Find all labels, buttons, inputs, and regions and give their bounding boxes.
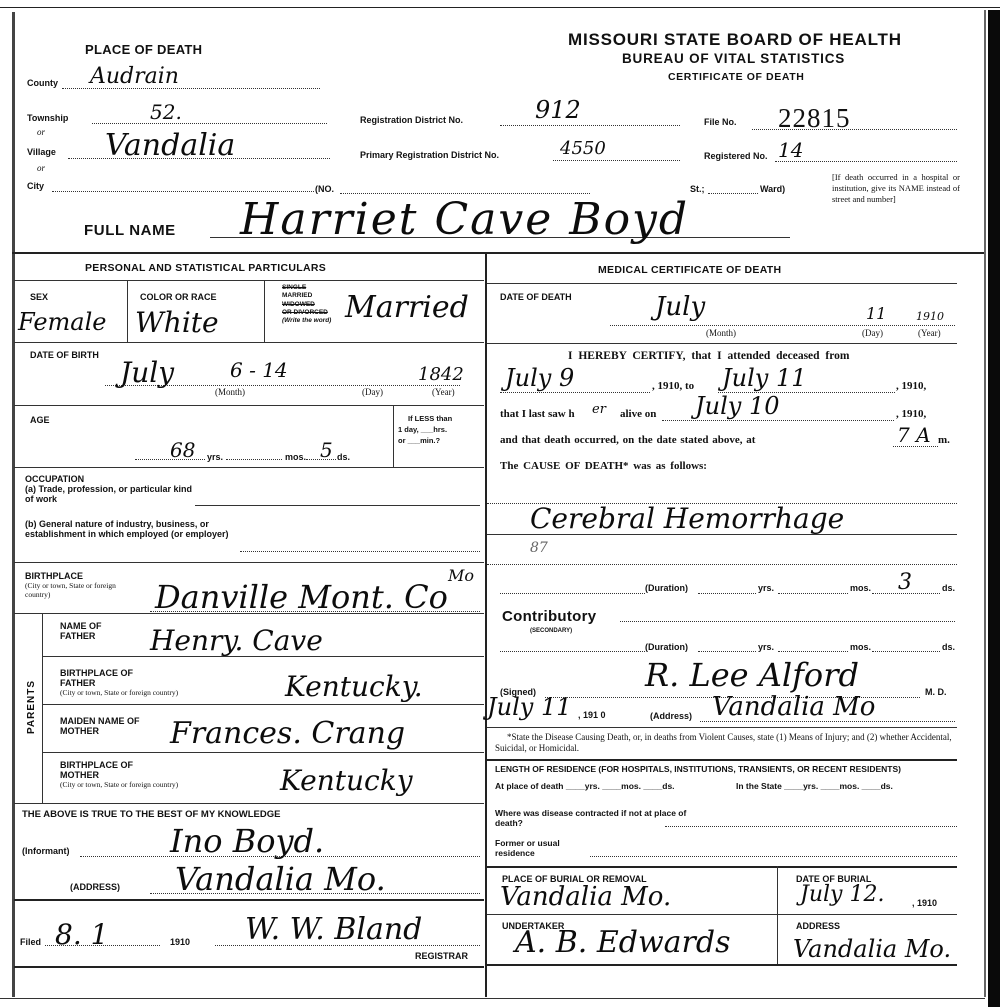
registrar-label: REGISTRAR xyxy=(415,951,468,961)
duration2-yrs-line xyxy=(698,651,756,652)
mother-rule xyxy=(42,752,484,753)
residence-rule-top xyxy=(487,759,957,761)
parents-side-divider xyxy=(42,613,43,803)
bureau-title: BUREAU OF VITAL STATISTICS xyxy=(622,51,845,66)
dod-month[interactable]: July xyxy=(655,292,705,322)
burial-date-value[interactable]: July 12. xyxy=(800,882,884,907)
marital-divorced: OR DIVORCED xyxy=(282,309,331,317)
undertaker-address-label: ADDRESS xyxy=(796,921,840,931)
parents-rule-top xyxy=(14,613,484,614)
right-edge-bar xyxy=(988,10,1000,1007)
last-saw-line xyxy=(662,420,894,421)
primary-registration-value[interactable]: 4550 xyxy=(560,138,606,159)
marital-married: MARRIED xyxy=(282,292,331,300)
less-than-line-2: 1 day, ___hrs. xyxy=(398,424,452,435)
section-top-rule xyxy=(12,252,984,254)
duration2-ds-line xyxy=(872,651,940,652)
dod-day[interactable]: 11 xyxy=(866,304,886,323)
informant-address-value[interactable]: Vandalia Mo. xyxy=(175,860,386,898)
undertaker-address-value[interactable]: Vandalia Mo. xyxy=(793,935,951,963)
dob-day-caption: (Day) xyxy=(362,387,383,397)
address-value[interactable]: Vandalia Mo xyxy=(712,692,875,722)
st-label: St.; xyxy=(690,184,705,194)
township-label: Township xyxy=(27,113,68,123)
age-label: AGE xyxy=(30,415,50,425)
residence-title: LENGTH OF RESIDENCE (FOR HOSPITALS, INST… xyxy=(495,764,957,774)
marital-widowed: WIDOWED xyxy=(282,301,331,309)
filed-label: Filed xyxy=(20,937,41,947)
occupation-b-label: (b) General nature of industry, business… xyxy=(25,519,237,539)
occupation-a-label: (a) Trade, profession, or particular kin… xyxy=(25,484,195,504)
duration-line xyxy=(500,593,645,594)
contributory-line xyxy=(620,621,955,622)
board-title: MISSOURI STATE BOARD OF HEALTH xyxy=(568,30,902,50)
where-contracted-line xyxy=(665,826,957,827)
mother-birthplace-label: BIRTHPLACE OF MOTHER xyxy=(60,760,140,780)
cause-line-3 xyxy=(487,564,957,565)
street-no-label: (NO. xyxy=(315,184,334,194)
age-months-line xyxy=(226,459,282,460)
md-label: M. D. xyxy=(925,687,947,697)
last-saw-pronoun[interactable]: er xyxy=(592,402,606,417)
personal-section-title: PERSONAL AND STATISTICAL PARTICULARS xyxy=(85,262,326,274)
burial-divider xyxy=(777,866,778,964)
less-than-divider xyxy=(393,405,394,467)
cause-line-2 xyxy=(487,534,957,535)
birthplace-extra[interactable]: Mo xyxy=(448,566,474,585)
parents-side-label: PARENTS xyxy=(27,677,37,737)
last-saw-mid: alive on xyxy=(620,408,656,420)
less-than-line-3: or ___min.? xyxy=(398,435,452,446)
certificate-title: CERTIFICATE OF DEATH xyxy=(668,71,804,83)
marital-options: SINGLE MARRIED WIDOWED OR DIVORCED (Writ… xyxy=(282,284,331,325)
duration-label: (Duration) xyxy=(645,583,688,593)
registered-no-label: Registered No. xyxy=(704,151,768,161)
informant-address-label: (ADDRESS) xyxy=(70,882,120,892)
village-value[interactable]: Vandalia xyxy=(105,128,235,163)
filed-year: 1910 xyxy=(170,937,190,947)
secondary-label: (SECONDARY) xyxy=(530,626,572,636)
filed-date-value[interactable]: 8. 1 xyxy=(55,918,108,951)
footnote: *State the Disease Causing Death, or, in… xyxy=(495,732,957,754)
at-place-of-death: At place of death ____yrs. ____mos. ____… xyxy=(495,781,715,791)
full-name-label: FULL NAME xyxy=(84,222,176,239)
death-time-suffix: m. xyxy=(938,434,950,446)
registered-no-value[interactable]: 14 xyxy=(778,138,803,162)
certify-rule-top xyxy=(487,343,957,344)
signed-value[interactable]: R. Lee Alford xyxy=(645,656,859,694)
dob-rule-top xyxy=(14,342,484,343)
less-than-line-1: If LESS than xyxy=(398,413,452,424)
marital-hint: (Write the word) xyxy=(282,317,331,325)
duration-yrs-line xyxy=(698,593,756,594)
city-label: City xyxy=(27,181,44,191)
mother-name-label: MAIDEN NAME OF MOTHER xyxy=(60,716,155,736)
occupation-b-line xyxy=(240,551,480,552)
less-than-box: If LESS than 1 day, ___hrs. or ___min.? xyxy=(398,413,452,446)
former-residence-line xyxy=(590,856,957,857)
age-mos-label: mos. xyxy=(285,452,306,462)
duration-yrs-label: yrs. xyxy=(758,583,774,593)
duration2-mos-line xyxy=(778,651,848,652)
father-birthplace-hint: (City or town, State or foreign country) xyxy=(60,688,178,697)
death-time-value[interactable]: 7 A xyxy=(897,423,931,447)
former-residence: Former or usual residence xyxy=(495,838,595,858)
mother-name-value[interactable]: Frances. Crang xyxy=(170,716,405,751)
township-line xyxy=(92,123,327,124)
left-column-bottom-rule xyxy=(14,966,484,968)
mother-birthplace-hint: (City or town, State or foreign country) xyxy=(60,780,178,789)
duration-ds-label: ds. xyxy=(942,583,955,593)
dod-year-caption: (Year) xyxy=(918,328,941,338)
informant-rule-top xyxy=(14,803,484,804)
contributory-label: Contributory xyxy=(502,608,596,625)
mother-birthplace-value[interactable]: Kentucky xyxy=(280,764,413,797)
informant-label: (Informant) xyxy=(22,846,70,856)
father-rule xyxy=(42,656,484,657)
father-birthplace-value[interactable]: Kentucky. xyxy=(285,670,423,703)
attended-from-year: , 1910, to xyxy=(652,380,694,392)
last-saw-date[interactable]: July 10 xyxy=(695,392,779,420)
top-border xyxy=(0,7,1000,8)
file-no-label: File No. xyxy=(704,117,737,127)
duration2-mos-label: mos. xyxy=(850,642,871,652)
column-divider xyxy=(485,252,487,997)
burial-date-year: , 1910 xyxy=(912,898,937,908)
death-time-text: and that death occurred, on the date sta… xyxy=(500,434,755,446)
age-rule-top xyxy=(14,405,484,406)
cause-note: 87 xyxy=(530,540,548,556)
footnote-rule-top xyxy=(487,727,957,728)
primary-registration-line xyxy=(553,160,680,161)
marital-single: SINGLE xyxy=(282,284,331,292)
father-name-label: NAME OF FATHER xyxy=(60,621,130,641)
dod-label: DATE OF DEATH xyxy=(500,292,572,302)
township-value[interactable]: 52. xyxy=(150,100,182,124)
attended-from-line xyxy=(500,392,650,393)
last-saw-year: , 1910, xyxy=(896,408,926,420)
undertaker-value[interactable]: A. B. Edwards xyxy=(515,925,730,960)
occupation-title: OCCUPATION xyxy=(25,474,84,484)
ward-line xyxy=(708,193,758,194)
dob-day[interactable]: 6 - 14 xyxy=(230,358,288,382)
village-label: Village xyxy=(27,147,56,157)
age-days-value[interactable]: 5 xyxy=(320,438,333,462)
birthplace-value[interactable]: Danville Mont. Co xyxy=(155,578,448,616)
signed-date[interactable]: July 11 xyxy=(487,693,571,721)
race-divider xyxy=(264,280,265,342)
dod-month-caption: (Month) xyxy=(706,328,736,338)
age-years-value[interactable]: 68 xyxy=(170,438,195,462)
race-value[interactable]: White xyxy=(135,306,219,339)
dob-month-caption: (Month) xyxy=(215,387,245,397)
attended-to[interactable]: July 11 xyxy=(722,364,806,392)
registration-district-label: Registration District No. xyxy=(360,115,463,125)
last-saw-prefix: that I last saw h xyxy=(500,408,575,420)
birthplace-label: BIRTHPLACE xyxy=(25,571,83,581)
or-label-1: or xyxy=(37,127,45,137)
age-yrs-label: yrs. xyxy=(207,452,223,462)
registration-district-value[interactable]: 912 xyxy=(535,96,581,124)
medical-title-rule xyxy=(487,283,957,284)
duration-days-value[interactable]: 3 xyxy=(898,570,912,595)
address-label: (Address) xyxy=(650,711,692,721)
full-name-value[interactable]: Harriet Cave Boyd xyxy=(240,194,689,245)
dob-year-caption: (Year) xyxy=(432,387,455,397)
duration-mos-line xyxy=(778,593,848,594)
in-the-state: In the State ____yrs. ____mos. ____ds. xyxy=(736,781,958,791)
bottom-border xyxy=(0,998,985,999)
cause-value[interactable]: Cerebral Hemorrhage xyxy=(530,502,844,535)
age-ds-label: ds. xyxy=(337,452,350,462)
place-of-death-title: PLACE OF DEATH xyxy=(85,42,202,57)
duration2-label: (Duration) xyxy=(645,642,688,652)
primary-registration-label: Primary Registration District No. xyxy=(360,150,499,160)
filed-rule-top xyxy=(14,899,484,901)
dob-label: DATE OF BIRTH xyxy=(30,350,99,360)
or-label-2: or xyxy=(37,163,45,173)
sex-label: SEX xyxy=(30,292,48,302)
marital-value[interactable]: Married xyxy=(345,290,469,325)
burial-rule-top xyxy=(487,866,957,868)
attended-from[interactable]: July 9 xyxy=(505,364,574,392)
right-column-bottom-rule xyxy=(487,964,957,966)
medical-section-title: MEDICAL CERTIFICATE OF DEATH xyxy=(598,264,781,276)
hospital-note: [If death occurred in a hospital or inst… xyxy=(832,172,960,205)
county-value[interactable]: Audrain xyxy=(90,64,179,89)
birthplace-hint: (City or town, State or foreign country) xyxy=(25,581,120,599)
race-label: COLOR OR RACE xyxy=(140,292,217,302)
dod-line xyxy=(610,325,955,326)
cause-intro: The CAUSE OF DEATH* was as follows: xyxy=(500,460,707,472)
sex-divider xyxy=(127,280,128,342)
occupation-rule-top xyxy=(14,467,484,468)
father-birthplace-rule xyxy=(42,704,484,705)
personal-title-rule xyxy=(14,280,484,281)
birthplace-rule-top xyxy=(14,562,484,563)
left-border xyxy=(12,12,15,997)
signed-year: , 191 0 xyxy=(578,710,606,720)
undertaker-rule-top xyxy=(487,914,957,915)
right-border xyxy=(984,10,986,997)
dob-month[interactable]: July xyxy=(120,356,174,389)
dod-day-caption: (Day) xyxy=(862,328,883,338)
father-birthplace-label: BIRTHPLACE OF FATHER xyxy=(60,668,140,688)
dob-year[interactable]: 1842 xyxy=(418,364,464,385)
sex-value[interactable]: Female xyxy=(18,308,107,336)
duration2-line xyxy=(500,651,645,652)
registration-district-line xyxy=(500,125,680,126)
city-line xyxy=(52,191,314,192)
informant-statement: THE ABOVE IS TRUE TO THE BEST OF MY KNOW… xyxy=(22,810,280,820)
where-contracted: Where was disease contracted if not at p… xyxy=(495,808,695,828)
attended-to-year: , 1910, xyxy=(896,380,926,392)
dod-year[interactable]: 1910 xyxy=(916,310,944,323)
ward-label: Ward) xyxy=(760,184,785,194)
burial-place-value[interactable]: Vandalia Mo. xyxy=(500,882,671,912)
county-label: County xyxy=(27,78,58,88)
certify-text: I HEREBY CERTIFY, that I attended deceas… xyxy=(568,350,850,362)
father-name-value[interactable]: Henry. Cave xyxy=(150,624,323,657)
occupation-a-line xyxy=(195,505,480,506)
duration2-ds-label: ds. xyxy=(942,642,955,652)
duration2-yrs-label: yrs. xyxy=(758,642,774,652)
registrar-signature[interactable]: W. W. Bland xyxy=(245,912,422,947)
file-no-value[interactable]: 22815 xyxy=(778,103,851,134)
informant-value[interactable]: Ino Boyd. xyxy=(170,822,324,860)
duration-mos-label: mos. xyxy=(850,583,871,593)
